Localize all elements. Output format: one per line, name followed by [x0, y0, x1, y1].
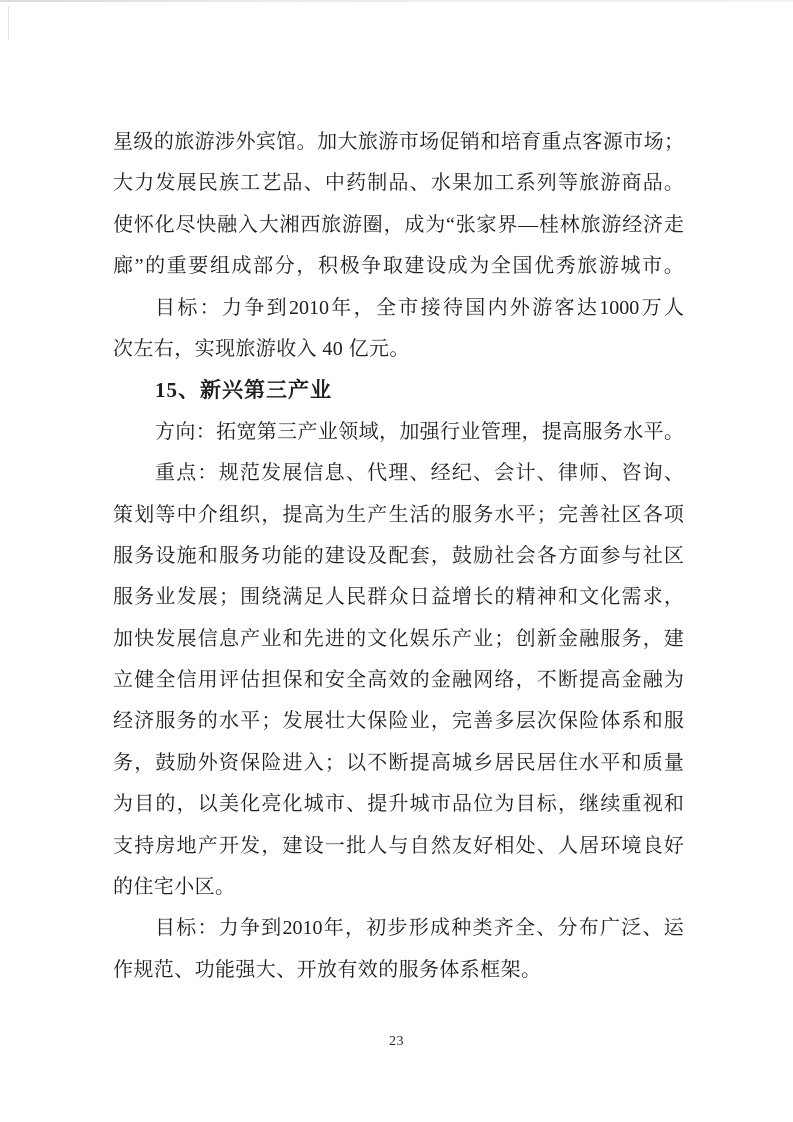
text-line: 重点：规范发展信息、代理、经纪、会计、律师、咨询、 [113, 453, 684, 494]
text-line: 为目的，以美化亮化城市、提升城市品位为目标，继续重视和 [113, 784, 684, 825]
text-line: 策划等中介组织，提高为生产生活的服务水平；完善社区各项 [113, 495, 684, 536]
text-line: 目标：力争到2010年，全市接待国内外游客达1000万人 [113, 288, 684, 329]
text-line: 星级的旅游涉外宾馆。加大旅游市场促销和培育重点客源市场； [113, 122, 684, 163]
text-line: 经济服务的水平；发展壮大保险业，完善多层次保险体系和服 [113, 701, 684, 742]
document-page: 星级的旅游涉外宾馆。加大旅游市场促销和培育重点客源市场；大力发展民族工艺品、中药… [0, 0, 793, 1122]
text-line: 方向：拓宽第三产业领域，加强行业管理，提高服务水平。 [113, 412, 684, 453]
text-line: 使怀化尽快融入大湘西旅游圈，成为“张家界—桂林旅游经济走 [113, 205, 684, 246]
text-line: 立健全信用评估担保和安全高效的金融网络，不断提高金融为 [113, 660, 684, 701]
page-number: 23 [0, 1032, 793, 1052]
scan-edge-left-line [8, 6, 9, 40]
text-line: 作规范、功能强大、开放有效的服务体系框架。 [113, 950, 684, 991]
text-line: 服务业发展；围绕满足人民群众日益增长的精神和文化需求， [113, 577, 684, 618]
text-line: 廊”的重要组成部分，积极争取建设成为全国优秀旅游城市。 [113, 246, 684, 287]
text-line: 加快发展信息产业和先进的文化娱乐产业；创新金融服务，建 [113, 619, 684, 660]
text-line: 服务设施和服务功能的建设及配套，鼓励社会各方面参与社区 [113, 536, 684, 577]
text-line: 大力发展民族工艺品、中药制品、水果加工系列等旅游商品。 [113, 163, 684, 204]
text-line: 务，鼓励外资保险进入；以不断提高城乡居民居住水平和质量 [113, 743, 684, 784]
text-line: 的住宅小区。 [113, 867, 684, 908]
section-heading: 15、新兴第三产业 [113, 370, 684, 411]
text-line: 目标：力争到2010年，初步形成种类齐全、分布广泛、运 [113, 908, 684, 949]
text-line: 次左右，实现旅游收入 40 亿元。 [113, 329, 684, 370]
document-body: 星级的旅游涉外宾馆。加大旅游市场促销和培育重点客源市场；大力发展民族工艺品、中药… [113, 122, 684, 991]
scan-edge-top-line [0, 0, 793, 2]
text-line: 支持房地产开发，建设一批人与自然友好相处、人居环境良好 [113, 826, 684, 867]
